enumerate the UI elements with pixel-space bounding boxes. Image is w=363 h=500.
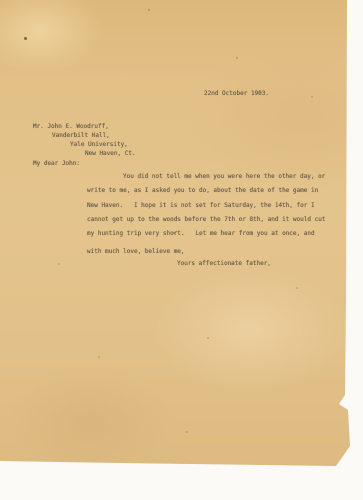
recipient-hall-line: Vanderbilt Hall, [52,132,110,140]
body-line: with much love, believe me, [87,248,185,256]
body-line: write to me, as I asked you to do, about… [87,187,318,195]
recipient-name-line: Mr. John E. Woodruff, [33,123,109,131]
recipient-city-line: New Haven, Ct. [85,150,136,158]
body-line: You did not tell me when you were here t… [123,173,325,181]
paper-speck [98,356,100,358]
paper-speck [148,9,150,11]
paper-speck [296,287,298,289]
paper-speck [236,57,238,59]
letter-paper: 22nd October 1903. Mr. John E. Woodruff,… [0,0,363,470]
paper-speck [207,337,209,339]
closing-line: Yours affectionate father, [177,260,271,268]
salutation-line: My dear John: [33,160,80,168]
scanned-letter-page: { "colors": { "paper": "#e2c087", "ink":… [0,0,363,500]
body-line: cannot get up to the woods before the 7t… [87,216,325,224]
paper-speck [173,232,175,234]
recipient-university-line: Yale University, [70,141,128,149]
paper-speck [186,431,188,433]
paper-speck [24,37,27,40]
paper-speck [58,263,60,265]
paper-speck [311,96,313,98]
date-line: 22nd October 1903. [204,90,269,98]
body-line: New Haven. I hope it is not set for Satu… [87,202,315,210]
body-line: my hunting trip very short. Let me hear … [87,230,315,238]
